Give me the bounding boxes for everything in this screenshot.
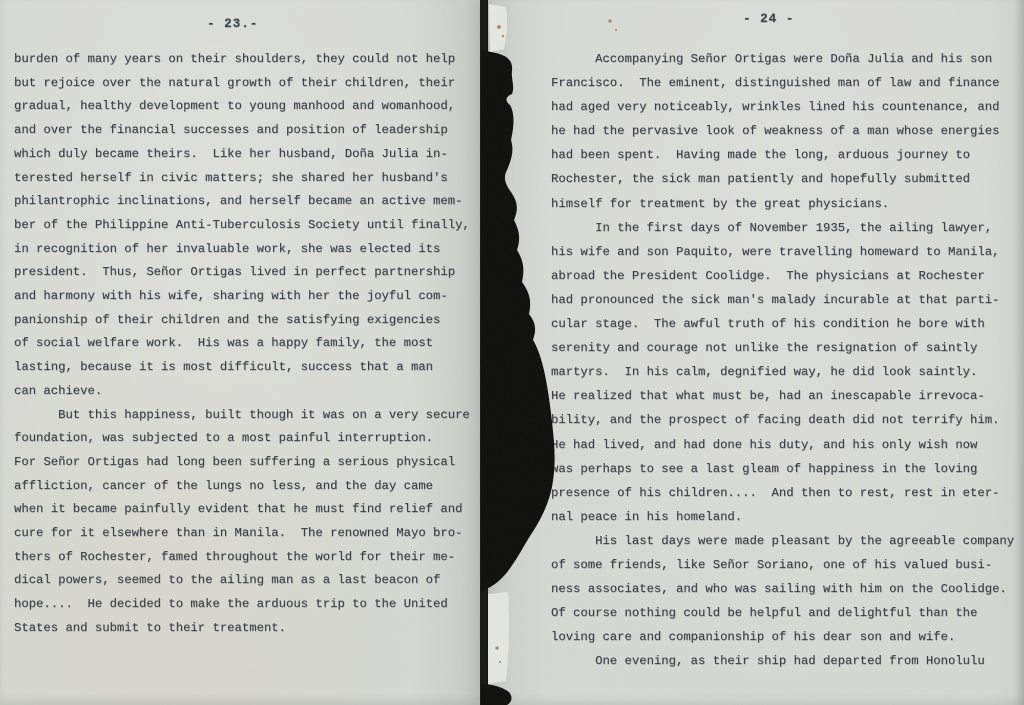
text-line: presence of his children.... And then to… — [551, 481, 1014, 505]
text-line: In the first days of November 1935, the … — [551, 216, 1014, 240]
text-line: martyrs. In his calm, degnified way, he … — [551, 360, 1014, 384]
text-line: which duly became theirs. Like her husba… — [14, 143, 470, 167]
text-line: when it became painfully evident that he… — [14, 498, 470, 522]
text-line: loving care and companionship of his dea… — [551, 625, 1014, 649]
text-line: dical powers, seemed to the ailing man a… — [14, 569, 470, 593]
page-left-number: - 23.- — [207, 17, 258, 31]
text-line: had aged very noticeably, wrinkles lined… — [551, 95, 1014, 119]
text-line: Rochester, the sick man patiently and ho… — [551, 167, 1014, 191]
text-line: serenity and courage not unlike the resi… — [551, 336, 1014, 360]
text-line: of social welfare work. His was a happy … — [14, 332, 470, 356]
text-line: can achieve. — [14, 380, 470, 404]
text-line: States and submit to their treatment. — [14, 617, 470, 641]
page-right-body: Accompanying Señor Ortigas were Doña Jul… — [551, 47, 1014, 673]
page-left-body: burden of many years on their shoulders,… — [14, 48, 470, 641]
text-line: ber of the Philippine Anti-Tuberculosis … — [14, 214, 470, 238]
page-right: - 24 - Accompanying Señor Ortigas were D… — [488, 0, 1024, 705]
text-line: But this happiness, built though it was … — [14, 404, 470, 428]
text-line: philantrophic inclinations, and herself … — [14, 190, 470, 214]
text-line: For Señor Ortigas had long been sufferin… — [14, 451, 470, 475]
text-line: had pronounced the sick man's malady inc… — [551, 288, 1014, 312]
text-line: burden of many years on their shoulders,… — [14, 48, 470, 72]
text-line: and over the financial successes and pos… — [14, 119, 470, 143]
text-line: nal peace in his homeland. — [551, 505, 1014, 529]
text-line: Francisco. The eminent, distinguished ma… — [551, 71, 1014, 95]
page-left: - 23.- burden of many years on their sho… — [0, 0, 481, 705]
text-line: bility, and the prospect of facing death… — [551, 408, 1014, 432]
text-line: Accompanying Señor Ortigas were Doña Jul… — [551, 47, 1014, 71]
text-line: gradual, healthy development to young ma… — [14, 95, 470, 119]
text-line: in recognition of her invaluable work, s… — [14, 238, 470, 262]
text-line: He realized that what must be, had an in… — [551, 384, 1014, 408]
text-line: His last days were made pleasant by the … — [551, 529, 1014, 553]
text-line: One evening, as their ship had departed … — [551, 649, 1014, 673]
text-line: thers of Rochester, famed throughout the… — [14, 546, 470, 570]
text-line: and harmony with his wife, sharing with … — [14, 285, 470, 309]
text-line: foundation, was subjected to a most pain… — [14, 427, 470, 451]
text-line: abroad the President Coolidge. The physi… — [551, 264, 1014, 288]
scanned-book-spread: - 23.- burden of many years on their sho… — [0, 0, 1024, 705]
text-line: was perhaps to see a last gleam of happi… — [551, 457, 1014, 481]
text-line: cure for it elsewhere than in Manila. Th… — [14, 522, 470, 546]
text-line: ness associates, and who was sailing wit… — [551, 577, 1014, 601]
page-right-number: - 24 - — [743, 12, 794, 26]
text-line: hope.... He decided to make the arduous … — [14, 593, 470, 617]
text-line: He had lived, and had done his duty, and… — [551, 433, 1014, 457]
text-line: himself for treatment by the great physi… — [551, 192, 1014, 216]
text-line: terested herself in civic matters; she s… — [14, 167, 470, 191]
text-line: cular stage. The awful truth of his cond… — [551, 312, 1014, 336]
text-line: president. Thus, Señor Ortigas lived in … — [14, 261, 470, 285]
text-line: affliction, cancer of the lungs no less,… — [14, 475, 470, 499]
text-line: of some friends, like Señor Soriano, one… — [551, 553, 1014, 577]
text-line: had been spent. Having made the long, ar… — [551, 143, 1014, 167]
text-line: lasting, because it is most difficult, s… — [14, 356, 470, 380]
text-line: panionship of their children and the sat… — [14, 309, 470, 333]
text-line: but rejoice over the natural growth of t… — [14, 72, 470, 96]
text-line: his wife and son Paquito, were travellin… — [551, 240, 1014, 264]
text-line: Of course nothing could be helpful and d… — [551, 601, 1014, 625]
text-line: he had the pervasive look of weakness of… — [551, 119, 1014, 143]
